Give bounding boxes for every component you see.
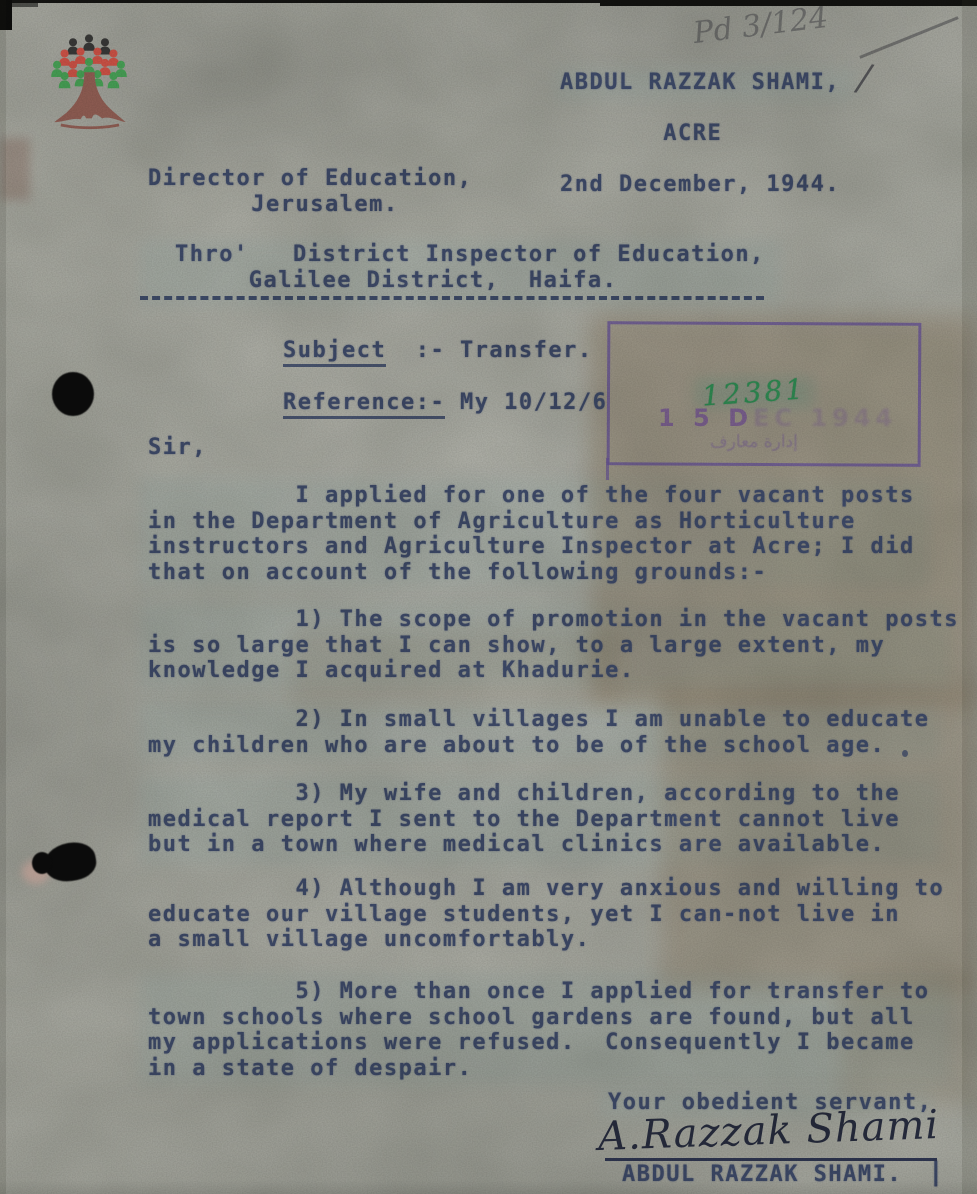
reference-value: My 10/12/6 <box>445 390 607 415</box>
stamp-date: 1 5 DEC 1944 <box>658 404 897 432</box>
stain <box>0 138 30 200</box>
pencil-check-slash: / <box>856 57 872 99</box>
typed-signature-name: ABDUL RAZZAK SHAMI. <box>622 1162 902 1188</box>
reference-label: Reference:- <box>283 390 445 419</box>
sender-header: ABDUL RAZZAK SHAMI, ACRE 2nd December, 1… <box>560 70 840 198</box>
dashed-rule <box>140 296 764 300</box>
subject-value: :- Transfer. <box>386 338 592 363</box>
paragraph-intro: I applied for one of the four vacant pos… <box>148 483 915 585</box>
scanned-letter-page: { "pencil_note": "Pd 3/124", "header": {… <box>0 0 977 1194</box>
subject-label: Subject <box>283 338 386 367</box>
recipient-address: Director of Education, Jerusalem. <box>148 166 472 217</box>
reference-line: Reference:- My 10/12/6 <box>283 390 607 416</box>
scan-edge-corner <box>0 0 12 30</box>
stamp-date-faded: EC 1944 <box>753 404 897 432</box>
pencil-slash-line <box>859 16 958 58</box>
stray-ink-dot <box>902 750 908 757</box>
punch-hole <box>52 372 94 416</box>
stamp-border-overshoot <box>606 458 609 480</box>
sender-name: ABDUL RAZZAK SHAMI, <box>560 70 840 95</box>
sender-place: ACRE <box>560 121 722 146</box>
scan-edge-right <box>962 0 977 1194</box>
punch-hole <box>32 852 52 874</box>
subject-line: Subject :- Transfer. <box>283 338 593 364</box>
stamp-arabic-text: إدارة معارف <box>710 432 798 452</box>
scan-edge-top <box>0 0 977 3</box>
scan-edge-left <box>0 0 6 1194</box>
paragraph-2: 2) In small villages I am unable to educ… <box>148 707 930 758</box>
paragraph-1: 1) The scope of promotion in the vacant … <box>148 607 959 684</box>
salutation: Sir, <box>148 435 207 461</box>
tree-of-people-logo <box>42 30 136 140</box>
ink-tick-mark: | <box>928 1160 945 1186</box>
paragraph-3: 3) My wife and children, according to th… <box>148 781 900 858</box>
stamp-date-visible: 1 5 D <box>658 404 753 432</box>
paragraph-5: 5) More than once I applied for transfer… <box>148 979 930 1081</box>
signature-underline <box>605 1158 937 1161</box>
through-line: Thro' District Inspector of Education, G… <box>175 242 765 293</box>
scan-edge-nub <box>12 0 38 7</box>
paragraph-4: 4) Although I am very anxious and willin… <box>148 876 944 953</box>
letter-date: 2nd December, 1944. <box>560 172 840 197</box>
pencil-annotation: Pd 3/124 <box>691 0 830 51</box>
